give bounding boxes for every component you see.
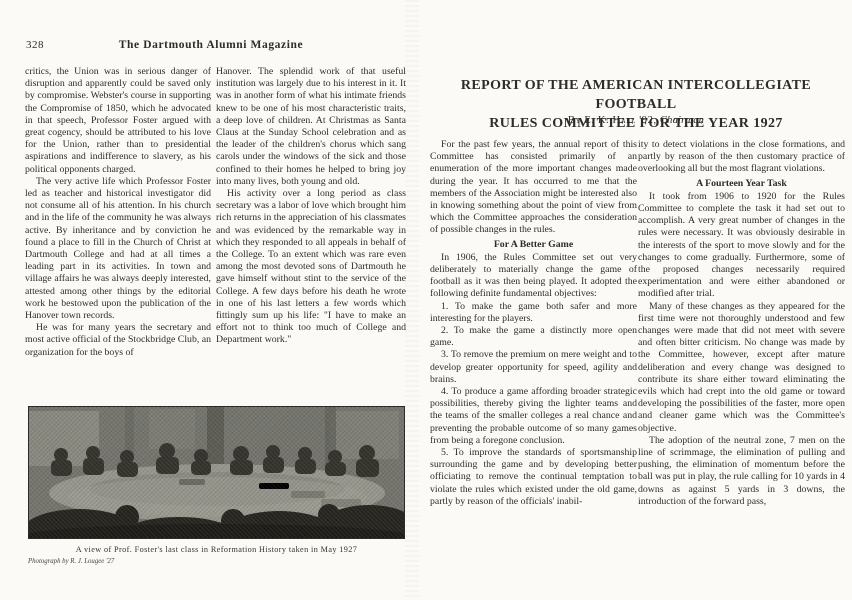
paragraph: His activity over a long period as class…	[216, 188, 406, 347]
class-photo-illustration	[29, 407, 404, 538]
paragraph: Many of these changes as they appeared f…	[638, 301, 845, 435]
paragraph: For the past few years, the annual repor…	[430, 139, 637, 237]
right-page-column-2: ity to detect violations in the close fo…	[638, 139, 845, 508]
paragraph: 4. To produce a game affording broader s…	[430, 386, 637, 447]
magazine-spread: 328 The Dartmouth Alumni Magazine critic…	[0, 0, 852, 600]
paragraph: The very active life which Professor Fos…	[25, 176, 211, 322]
paragraph: critics, the Union was in serious danger…	[25, 66, 211, 176]
byline-by: By	[568, 115, 581, 126]
paragraph: 5. To improve the standards of sportsman…	[430, 447, 637, 508]
article-title-line1: REPORT OF THE AMERICAN INTERCOLLEGIATE F…	[424, 76, 848, 114]
paragraph: 1. To make the game both safer and more …	[430, 301, 637, 325]
photo-caption: A view of Prof. Foster's last class in R…	[28, 545, 405, 554]
running-head: The Dartmouth Alumni Magazine	[25, 39, 397, 51]
section-heading: For A Better Game	[430, 239, 637, 251]
paragraph: 2. To make the game a distinctly more op…	[430, 325, 637, 349]
class-photo	[28, 406, 405, 539]
byline-author: E. K. Hall '92,	[584, 115, 656, 126]
paragraph: It took from 1906 to 1920 for the Rules …	[638, 191, 845, 301]
paragraph: The adoption of the neutral zone, 7 men …	[638, 435, 845, 508]
section-heading: A Fourteen Year Task	[638, 178, 845, 190]
left-page-column-1: critics, the Union was in serious danger…	[25, 66, 211, 359]
paragraph: Hanover. The splendid work of that usefu…	[216, 66, 406, 188]
byline-role: Chairman	[660, 115, 704, 126]
paragraph: In 1906, the Rules Committee set out ver…	[430, 252, 637, 301]
right-page-column-1: For the past few years, the annual repor…	[430, 139, 637, 508]
left-page-column-2: Hanover. The splendid work of that usefu…	[216, 66, 406, 347]
paragraph: 3. To remove the premium on mere weight …	[430, 349, 637, 386]
paragraph: He was for many years the secretary and …	[25, 322, 211, 359]
page-gutter	[405, 0, 419, 600]
article-byline: By E. K. Hall '92, Chairman	[424, 115, 848, 126]
photo-credit: Photograph by R. J. Lougee '27	[28, 558, 114, 565]
paragraph: ity to detect violations in the close fo…	[638, 139, 845, 176]
